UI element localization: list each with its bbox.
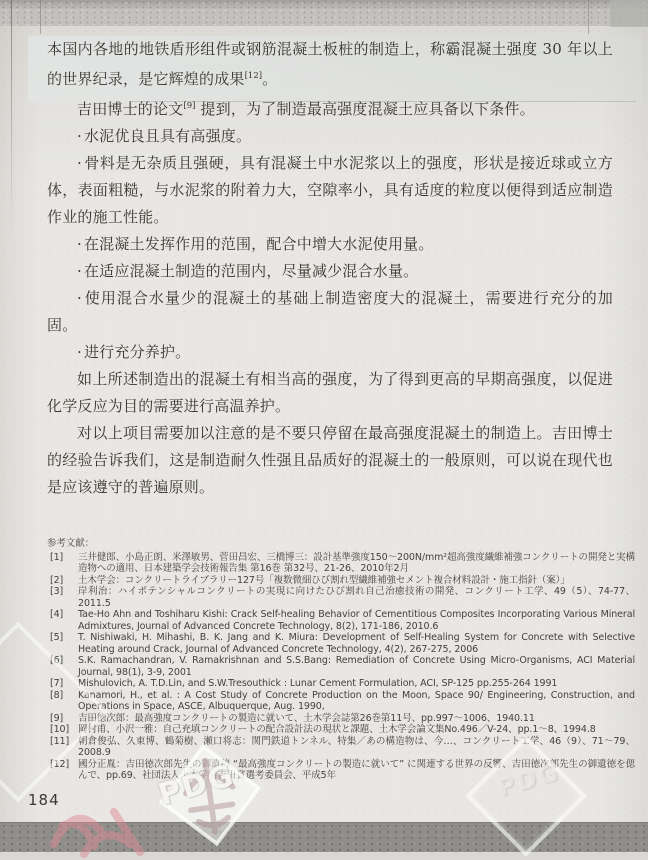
page-number: 184 (28, 791, 60, 809)
bullet-icon: · (77, 262, 82, 280)
scan-corner-shadow (610, 0, 648, 27)
bullet-icon: · (77, 127, 82, 145)
reference-number: [4] (50, 609, 63, 621)
reference-item: [9]吉田徳次郎：最高強度コンクリートの製造に就いて、土木学会誌第26巻第11号… (47, 713, 635, 725)
list-item: ·骨料是无杂质且强硬，具有混凝土中水泥浆以上的强度，形状是接近球或立方体，表面粗… (47, 150, 613, 231)
reference-number: [2] (50, 575, 63, 587)
body-text: 本国内各地的地铁盾形组件或钢筋混凝土板桩的制造上，称霸混凝土强度 30 年以上的… (47, 36, 613, 501)
reference-item: [3]岸利治：ハイポテンシャルコンクリートの実現に向けたひび割れ自己治癒技術の開… (47, 586, 635, 609)
reference-text: 朝倉俊弘、久東博、鶴菊樹、瀬口将志：関門鉄道トンネル、特集／あの構造物は、今…、… (78, 736, 635, 759)
reference-number: [6] (50, 655, 63, 667)
reference-text: S.K. Ramachandran, V. Ramakrishnan and S… (78, 655, 635, 678)
scanned-book-page: 本国内各地的地铁盾形组件或钢筋混凝土板桩的制造上，称霸混凝土强度 30 年以上的… (0, 0, 648, 860)
reference-text: Mishulovich, A. T.D.Lin, and S.W.Tresout… (78, 678, 557, 689)
reference-text: 國分正胤：吉田徳次郎先生の御遺稿 “最高強度コンクリートの製造に就いて” に関連… (78, 759, 635, 782)
reference-text: 三井健郎、小島正朗、米澤敏男、菅田昌宏、三橋博三：設計基準強度150～200N/… (78, 552, 635, 575)
reference-number: [10] (50, 724, 69, 736)
paragraph-text: 吉田博士的论文 (77, 100, 183, 118)
list-item: ·进行充分养护。 (47, 339, 613, 366)
condition-list: ·水泥优良且具有高强度。 ·骨料是无杂质且强硬，具有混凝土中水泥浆以上的强度，形… (47, 123, 613, 366)
citation-marker: [12] (245, 71, 262, 81)
reference-number: [7] (50, 678, 63, 690)
list-item-text: 使用混合水量少的混凝土的基础上制造密度大的混凝土，需要进行充分的加固。 (47, 289, 613, 334)
reference-number: [9] (50, 713, 63, 725)
reference-text: Tae-Ho Ahn and Toshiharu Kishi: Crack Se… (78, 609, 635, 632)
reference-item: [7]Mishulovich, A. T.D.Lin, and S.W.Tres… (47, 678, 635, 690)
list-item: ·在适应混凝土制造的范围内，尽量减少混合水量。 (47, 258, 613, 285)
scan-left-edge-line (11, 0, 12, 235)
references-section: 参考文献： [1]三井健郎、小島正朗、米澤敏男、菅田昌宏、三橋博三：設計基準強度… (47, 538, 635, 782)
list-item-text: 在混凝土发挥作用的范围，配合中增大水泥使用量。 (84, 235, 434, 253)
scan-vertical-line (40, 0, 41, 34)
list-item: ·在混凝土发挥作用的范围，配合中增大水泥使用量。 (47, 231, 613, 258)
reference-number: [11] (50, 736, 69, 748)
reference-number: [5] (50, 632, 63, 644)
list-item-text: 在适应混凝土制造的范围内，尽量减少混合水量。 (84, 262, 418, 280)
reference-text: 吉田徳次郎：最高強度コンクリートの製造に就いて、土木学会誌第26巻第11号、pp… (78, 713, 535, 724)
reference-number: [1] (50, 552, 63, 564)
list-item-text: 进行充分养护。 (84, 343, 190, 361)
reference-number: [8] (50, 690, 63, 702)
list-item-text: 水泥优良且具有高强度。 (84, 127, 251, 145)
references-heading: 参考文献： (47, 538, 635, 550)
list-item: ·使用混合水量少的混凝土的基础上制造密度大的混凝土，需要进行充分的加固。 (47, 285, 613, 339)
paragraph-conclusion: 对以上项目需要加以注意的是不要只停留在最高强度混凝土的制造上。吉田博士的经验告诉… (47, 420, 613, 501)
reference-item: [11]朝倉俊弘、久東博、鶴菊樹、瀬口将志：関門鉄道トンネル、特集／あの構造物は… (47, 736, 635, 759)
scan-bottom-edge (0, 822, 648, 853)
scan-top-edge (0, 0, 648, 26)
list-item-text: 骨料是无杂质且强硬，具有混凝土中水泥浆以上的强度，形状是接近球或立方体，表面粗糙… (47, 154, 613, 226)
reference-text: 岸利治：ハイポテンシャルコンクリートの実現に向けたひび割れ自己治癒技術の開発、コ… (78, 586, 635, 609)
reference-text: 岡村甫、小沢一雅：自己充填コンクリートの配合設計法の現状と課題、土木学会論文集N… (78, 724, 596, 735)
reference-item: [6]S.K. Ramachandran, V. Ramakrishnan an… (47, 655, 635, 678)
list-item: ·水泥优良且具有高强度。 (47, 123, 613, 150)
reference-text: Kanamori, H., et al. : A Cost Study of C… (78, 690, 635, 713)
citation-marker: [9] (183, 101, 195, 111)
reference-item: [2]土木学会：コンクリートライブラリー127号「複数微細ひび割れ型繊維補強セメ… (47, 575, 635, 587)
reference-text: T. Nishiwaki, H. Mihashi, B. K. Jang and… (78, 632, 635, 655)
bullet-icon: · (77, 343, 82, 361)
bullet-icon: · (77, 289, 82, 307)
paragraph-conditions-lead: 吉田博士的论文[9] 提到，为了制造最高强度混凝土应具备以下条件。 (47, 93, 613, 123)
paragraph-text: 。 (262, 70, 277, 88)
reference-number: [3] (50, 586, 63, 598)
paragraph-text: 提到，为了制造最高强度混凝土应具备以下条件。 (195, 100, 534, 118)
reference-item: [10]岡村甫、小沢一雅：自己充填コンクリートの配合設計法の現状と課題、土木学会… (47, 724, 635, 736)
reference-item: [8]Kanamori, H., et al. : A Cost Study o… (47, 690, 635, 713)
bullet-icon: · (77, 235, 82, 253)
reference-item: [12]國分正胤：吉田徳次郎先生の御遺稿 “最高強度コンクリートの製造に就いて”… (47, 759, 635, 782)
reference-text: 土木学会：コンクリートライブラリー127号「複数微細ひび割れ型繊維補強セメント複… (78, 575, 570, 586)
reference-item: [1]三井健郎、小島正朗、米澤敏男、菅田昌宏、三橋博三：設計基準強度150～20… (47, 552, 635, 575)
reference-number: [12] (50, 759, 69, 771)
paragraph-curing: 如上所述制造出的混凝土有相当高的强度，为了得到更高的早期高强度，以促进化学反应为… (47, 366, 613, 420)
bullet-icon: · (77, 154, 82, 172)
scan-bottom-strip (0, 852, 648, 860)
paragraph-text: 本国内各地的地铁盾形组件或钢筋混凝土板桩的制造上，称霸混凝土强度 30 年以上的… (47, 40, 613, 88)
scan-vertical-line (588, 0, 589, 34)
reference-item: [4]Tae-Ho Ahn and Toshiharu Kishi: Crack… (47, 609, 635, 632)
paragraph-intro: 本国内各地的地铁盾形组件或钢筋混凝土板桩的制造上，称霸混凝土强度 30 年以上的… (47, 36, 613, 93)
reference-item: [5]T. Nishiwaki, H. Mihashi, B. K. Jang … (47, 632, 635, 655)
